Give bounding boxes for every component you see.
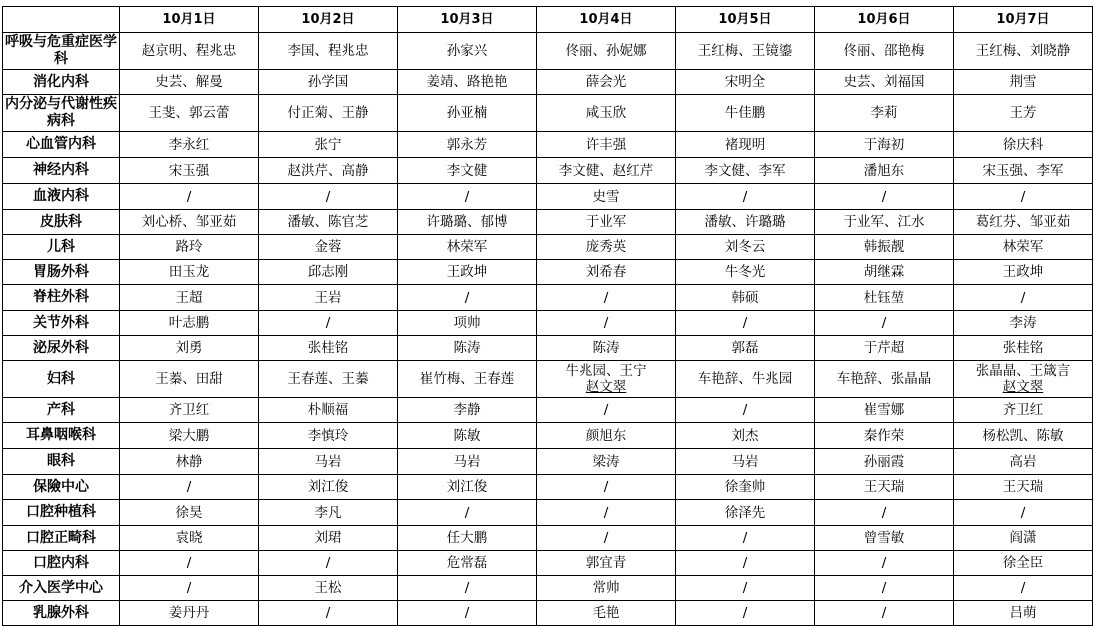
table-row: 产科齐卫红朴顺福李静//崔雪娜齐卫红 (3, 398, 1093, 423)
department-label: 妇科 (3, 361, 120, 398)
duty-cell: 姜靖、路艳艳 (398, 70, 537, 95)
duty-cell: / (537, 285, 676, 311)
duty-cell: / (676, 551, 815, 576)
duty-cell: / (120, 551, 259, 576)
duty-cell: 史芸、刘福国 (815, 70, 954, 95)
duty-cell: / (954, 576, 1093, 601)
duty-cell: 潘敏、许璐璐 (676, 210, 815, 235)
duty-cell: 梁涛 (537, 449, 676, 475)
duty-cell: 李凡 (259, 500, 398, 526)
duty-cell: 袁晓 (120, 526, 259, 551)
duty-cell: / (954, 184, 1093, 210)
duty-cell: 胡继霖 (815, 260, 954, 285)
department-label: 血液内科 (3, 184, 120, 210)
table-row: 眼科林静马岩马岩梁涛马岩孙丽霞高岩 (3, 449, 1093, 475)
duty-cell: 褚现明 (676, 132, 815, 158)
duty-cell: 刘江俊 (259, 475, 398, 500)
duty-cell: / (259, 311, 398, 336)
duty-cell: / (398, 601, 537, 621)
duty-cell: 徐庆科 (954, 132, 1093, 158)
duty-cell: / (537, 398, 676, 423)
duty-cell: 宋玉强 (120, 158, 259, 184)
department-label: 关节外科 (3, 311, 120, 336)
duty-cell: 王芳 (954, 95, 1093, 132)
duty-cell: 王红梅、刘晓静 (954, 33, 1093, 70)
duty-cell: / (259, 601, 398, 621)
department-label: 泌尿外科 (3, 336, 120, 361)
duty-cell: 毛艳 (537, 601, 676, 621)
duty-cell: 徐全臣 (954, 551, 1093, 576)
duty-cell: 杨松凯、陈敏 (954, 423, 1093, 449)
duty-cell: 林荣军 (398, 235, 537, 260)
duty-cell: 佟丽、邵艳梅 (815, 33, 954, 70)
duty-cell: / (676, 576, 815, 601)
duty-cell: 项帅 (398, 311, 537, 336)
duty-cell-line: 牛兆园、王宁 (566, 363, 647, 379)
duty-cell: 王天瑞 (954, 475, 1093, 500)
duty-cell: / (537, 475, 676, 500)
duty-cell: 颜旭东 (537, 423, 676, 449)
duty-cell: 李文健 (398, 158, 537, 184)
duty-cell: 李涛 (954, 311, 1093, 336)
department-label: 眼科 (3, 449, 120, 475)
duty-cell: 史雪 (537, 184, 676, 210)
duty-cell: 于业军 (537, 210, 676, 235)
duty-cell: 许璐璐、郁博 (398, 210, 537, 235)
duty-cell: 牛兆园、王宁赵文翠 (537, 361, 676, 398)
department-label: 口腔内科 (3, 551, 120, 576)
duty-cell: 于海初 (815, 132, 954, 158)
duty-cell: 田玉龙 (120, 260, 259, 285)
duty-cell: 刘希春 (537, 260, 676, 285)
duty-cell: / (676, 311, 815, 336)
table-row: 脊柱外科王超王岩//韩硕杜钰堃/ (3, 285, 1093, 311)
duty-cell: / (398, 576, 537, 601)
duty-cell: 牛冬光 (676, 260, 815, 285)
department-label: 耳鼻咽喉科 (3, 423, 120, 449)
duty-cell: / (259, 184, 398, 210)
duty-cell: 吕萌 (954, 601, 1093, 621)
duty-cell: 陈涛 (537, 336, 676, 361)
duty-cell: 杜钰堃 (815, 285, 954, 311)
duty-cell: / (120, 475, 259, 500)
duty-cell: 刘江俊 (398, 475, 537, 500)
duty-cell: 崔竹梅、王春莲 (398, 361, 537, 398)
duty-cell: 赵洪芹、高静 (259, 158, 398, 184)
department-label: 呼吸与危重症医学科 (3, 33, 120, 70)
department-label: 消化内科 (3, 70, 120, 95)
table-row: 口腔正畸科袁晓刘珺任大鹏//曾雪敏阎潇 (3, 526, 1093, 551)
duty-cell: 张晶晶、王箴言赵文翠 (954, 361, 1093, 398)
duty-cell-line: 张晶晶、王箴言 (976, 363, 1071, 379)
duty-cell: 庞秀英 (537, 235, 676, 260)
duty-cell: / (815, 311, 954, 336)
date-header: 10月7日 (954, 7, 1093, 33)
duty-cell: 韩振靓 (815, 235, 954, 260)
duty-cell: 林静 (120, 449, 259, 475)
department-label: 神经内科 (3, 158, 120, 184)
duty-cell: 王政坤 (398, 260, 537, 285)
duty-cell: / (676, 398, 815, 423)
duty-cell: / (815, 576, 954, 601)
header-row: 10月1日 10月2日 10月3日 10月4日 10月5日 10月6日 10月7… (3, 7, 1093, 33)
table-row: 妇科王蓁、田甜王春莲、王蓁崔竹梅、王春莲牛兆园、王宁赵文翠车艳辞、牛兆园车艳辞、… (3, 361, 1093, 398)
duty-cell: 王天瑞 (815, 475, 954, 500)
duty-cell: 张桂铭 (954, 336, 1093, 361)
duty-cell: 郭永芳 (398, 132, 537, 158)
duty-cell: 曾雪敏 (815, 526, 954, 551)
duty-cell: 邱志刚 (259, 260, 398, 285)
department-label: 儿科 (3, 235, 120, 260)
duty-cell: / (120, 184, 259, 210)
duty-cell: 于芹超 (815, 336, 954, 361)
date-header: 10月4日 (537, 7, 676, 33)
duty-cell-line: 赵文翠 (537, 379, 675, 395)
table-row: 口腔种植科徐昊李凡//徐泽先// (3, 500, 1093, 526)
duty-cell: / (537, 311, 676, 336)
duty-cell: / (954, 285, 1093, 311)
table-row: 儿科路玲金蓉林荣军庞秀英刘冬云韩振靓林荣军 (3, 235, 1093, 260)
duty-cell: 林荣军 (954, 235, 1093, 260)
duty-cell: 李国、程兆忠 (259, 33, 398, 70)
duty-cell: 赵京明、程兆忠 (120, 33, 259, 70)
date-header: 10月3日 (398, 7, 537, 33)
duty-cell: 孙丽霞 (815, 449, 954, 475)
duty-cell: 崔雪娜 (815, 398, 954, 423)
duty-cell: 陈涛 (398, 336, 537, 361)
department-label: 皮肤科 (3, 210, 120, 235)
duty-cell: 齐卫红 (120, 398, 259, 423)
duty-cell: / (398, 500, 537, 526)
duty-cell: 孙学国 (259, 70, 398, 95)
duty-cell: 李慎玲 (259, 423, 398, 449)
duty-cell: 王政坤 (954, 260, 1093, 285)
department-label: 心血管内科 (3, 132, 120, 158)
duty-cell: 路玲 (120, 235, 259, 260)
duty-cell: 郭磊 (676, 336, 815, 361)
duty-cell: 刘珺 (259, 526, 398, 551)
duty-cell: 马岩 (676, 449, 815, 475)
table-row: 泌尿外科刘勇张桂铭陈涛陈涛郭磊于芹超张桂铭 (3, 336, 1093, 361)
table-row: 皮肤科刘心桥、邹亚茹潘敏、陈官芝许璐璐、郁博于业军潘敏、许璐璐于业军、江水葛红芬… (3, 210, 1093, 235)
duty-cell: 梁大鹏 (120, 423, 259, 449)
duty-cell: 李文健、赵红芹 (537, 158, 676, 184)
duty-cell: / (537, 500, 676, 526)
duty-cell: / (676, 526, 815, 551)
table-row: 心血管内科李永红张宁郭永芳许丰强褚现明于海初徐庆科 (3, 132, 1093, 158)
duty-cell: / (398, 184, 537, 210)
table-row: 介入医学中心/王松/常帅/// (3, 576, 1093, 601)
date-header: 10月5日 (676, 7, 815, 33)
date-header: 10月2日 (259, 7, 398, 33)
duty-cell: 宋玉强、李军 (954, 158, 1093, 184)
duty-cell: 李永红 (120, 132, 259, 158)
department-label: 乳腺外科 (3, 601, 120, 621)
duty-cell: 潘旭东 (815, 158, 954, 184)
duty-cell: / (676, 601, 815, 621)
duty-cell: 秦作荣 (815, 423, 954, 449)
table-row: 血液内科///史雪/// (3, 184, 1093, 210)
duty-cell: 韩硕 (676, 285, 815, 311)
duty-cell: 徐奎帅 (676, 475, 815, 500)
department-label: 口腔正畸科 (3, 526, 120, 551)
department-label: 产科 (3, 398, 120, 423)
duty-cell: / (815, 184, 954, 210)
duty-cell: / (954, 500, 1093, 526)
duty-cell: 郭宜青 (537, 551, 676, 576)
duty-cell: 李静 (398, 398, 537, 423)
duty-cell: 阎潇 (954, 526, 1093, 551)
duty-cell: / (120, 576, 259, 601)
duty-cell: 李莉 (815, 95, 954, 132)
table-row: 口腔内科//危常磊郭宜青//徐全臣 (3, 551, 1093, 576)
table-row: 乳腺外科姜丹丹//毛艳//吕萌 (3, 601, 1093, 621)
duty-cell: 齐卫红 (954, 398, 1093, 423)
department-label: 内分泌与代谢性疾病科 (3, 95, 120, 132)
duty-cell: 张桂铭 (259, 336, 398, 361)
duty-cell: 王岩 (259, 285, 398, 311)
duty-cell: 朴顺福 (259, 398, 398, 423)
duty-cell: 史芸、解曼 (120, 70, 259, 95)
duty-cell: 常帅 (537, 576, 676, 601)
duty-cell: 王松 (259, 576, 398, 601)
duty-cell: 陈敏 (398, 423, 537, 449)
duty-cell: 马岩 (398, 449, 537, 475)
duty-cell: / (259, 551, 398, 576)
duty-cell: 姜丹丹 (120, 601, 259, 621)
department-label: 介入医学中心 (3, 576, 120, 601)
duty-cell-line: 赵文翠 (954, 379, 1092, 395)
duty-cell: 王红梅、王镜鎏 (676, 33, 815, 70)
schedule-body: 呼吸与危重症医学科赵京明、程兆忠李国、程兆忠孙家兴佟丽、孙妮娜王红梅、王镜鎏佟丽… (3, 33, 1093, 621)
duty-cell: 王斐、郭云蕾 (120, 95, 259, 132)
department-label: 胃肠外科 (3, 260, 120, 285)
duty-cell: 孙家兴 (398, 33, 537, 70)
duty-cell: 叶志鹏 (120, 311, 259, 336)
duty-cell: / (537, 526, 676, 551)
department-label: 口腔种植科 (3, 500, 120, 526)
duty-cell: / (815, 601, 954, 621)
duty-cell: 于业军、江水 (815, 210, 954, 235)
duty-cell: 刘心桥、邹亚茹 (120, 210, 259, 235)
duty-cell: 车艳辞、牛兆园 (676, 361, 815, 398)
department-label: 保險中心 (3, 475, 120, 500)
duty-cell: 徐昊 (120, 500, 259, 526)
table-row: 呼吸与危重症医学科赵京明、程兆忠李国、程兆忠孙家兴佟丽、孙妮娜王红梅、王镜鎏佟丽… (3, 33, 1093, 70)
duty-cell: 李文健、李军 (676, 158, 815, 184)
duty-cell: 王蓁、田甜 (120, 361, 259, 398)
duty-cell: 刘勇 (120, 336, 259, 361)
date-header: 10月1日 (120, 7, 259, 33)
duty-cell: 薛会光 (537, 70, 676, 95)
duty-cell: 付正菊、王静 (259, 95, 398, 132)
duty-cell: / (398, 285, 537, 311)
duty-cell: 王超 (120, 285, 259, 311)
duty-cell: 马岩 (259, 449, 398, 475)
duty-cell: 任大鹏 (398, 526, 537, 551)
duty-cell: 葛红芬、邹亚茹 (954, 210, 1093, 235)
table-row: 消化内科史芸、解曼孙学国姜靖、路艳艳薛会光宋明全史芸、刘福国荆雪 (3, 70, 1093, 95)
duty-cell: 张宁 (259, 132, 398, 158)
duty-cell: / (815, 551, 954, 576)
duty-cell: 孙亚楠 (398, 95, 537, 132)
corner-cell (3, 7, 120, 33)
table-row: 胃肠外科田玉龙邱志刚王政坤刘希春牛冬光胡继霖王政坤 (3, 260, 1093, 285)
duty-cell: 宋明全 (676, 70, 815, 95)
table-row: 耳鼻咽喉科梁大鹏李慎玲陈敏颜旭东刘杰秦作荣杨松凯、陈敏 (3, 423, 1093, 449)
department-label: 脊柱外科 (3, 285, 120, 311)
table-row: 关节外科叶志鹏/项帅///李涛 (3, 311, 1093, 336)
table-row: 保險中心/刘江俊刘江俊/徐奎帅王天瑞王天瑞 (3, 475, 1093, 500)
duty-cell: 王春莲、王蓁 (259, 361, 398, 398)
duty-cell: 许丰强 (537, 132, 676, 158)
duty-cell: 佟丽、孙妮娜 (537, 33, 676, 70)
table-row: 神经内科宋玉强赵洪芹、高静李文健李文健、赵红芹李文健、李军潘旭东宋玉强、李军 (3, 158, 1093, 184)
date-header: 10月6日 (815, 7, 954, 33)
duty-cell: / (815, 500, 954, 526)
duty-cell: 金蓉 (259, 235, 398, 260)
duty-cell: 徐泽先 (676, 500, 815, 526)
table-row: 内分泌与代谢性疾病科王斐、郭云蕾付正菊、王静孙亚楠咸玉欣牛佳鹏李莉王芳 (3, 95, 1093, 132)
duty-cell: 刘冬云 (676, 235, 815, 260)
duty-cell: 潘敏、陈官芝 (259, 210, 398, 235)
duty-schedule-table: 10月1日 10月2日 10月3日 10月4日 10月5日 10月6日 10月7… (2, 6, 1093, 620)
duty-cell: / (676, 184, 815, 210)
duty-schedule: 10月1日 10月2日 10月3日 10月4日 10月5日 10月6日 10月7… (2, 6, 1093, 620)
duty-cell: 高岩 (954, 449, 1093, 475)
duty-cell: 危常磊 (398, 551, 537, 576)
duty-cell: 荆雪 (954, 70, 1093, 95)
duty-cell: 牛佳鹏 (676, 95, 815, 132)
duty-cell: 咸玉欣 (537, 95, 676, 132)
duty-cell: 刘杰 (676, 423, 815, 449)
duty-cell: 车艳辞、张晶晶 (815, 361, 954, 398)
